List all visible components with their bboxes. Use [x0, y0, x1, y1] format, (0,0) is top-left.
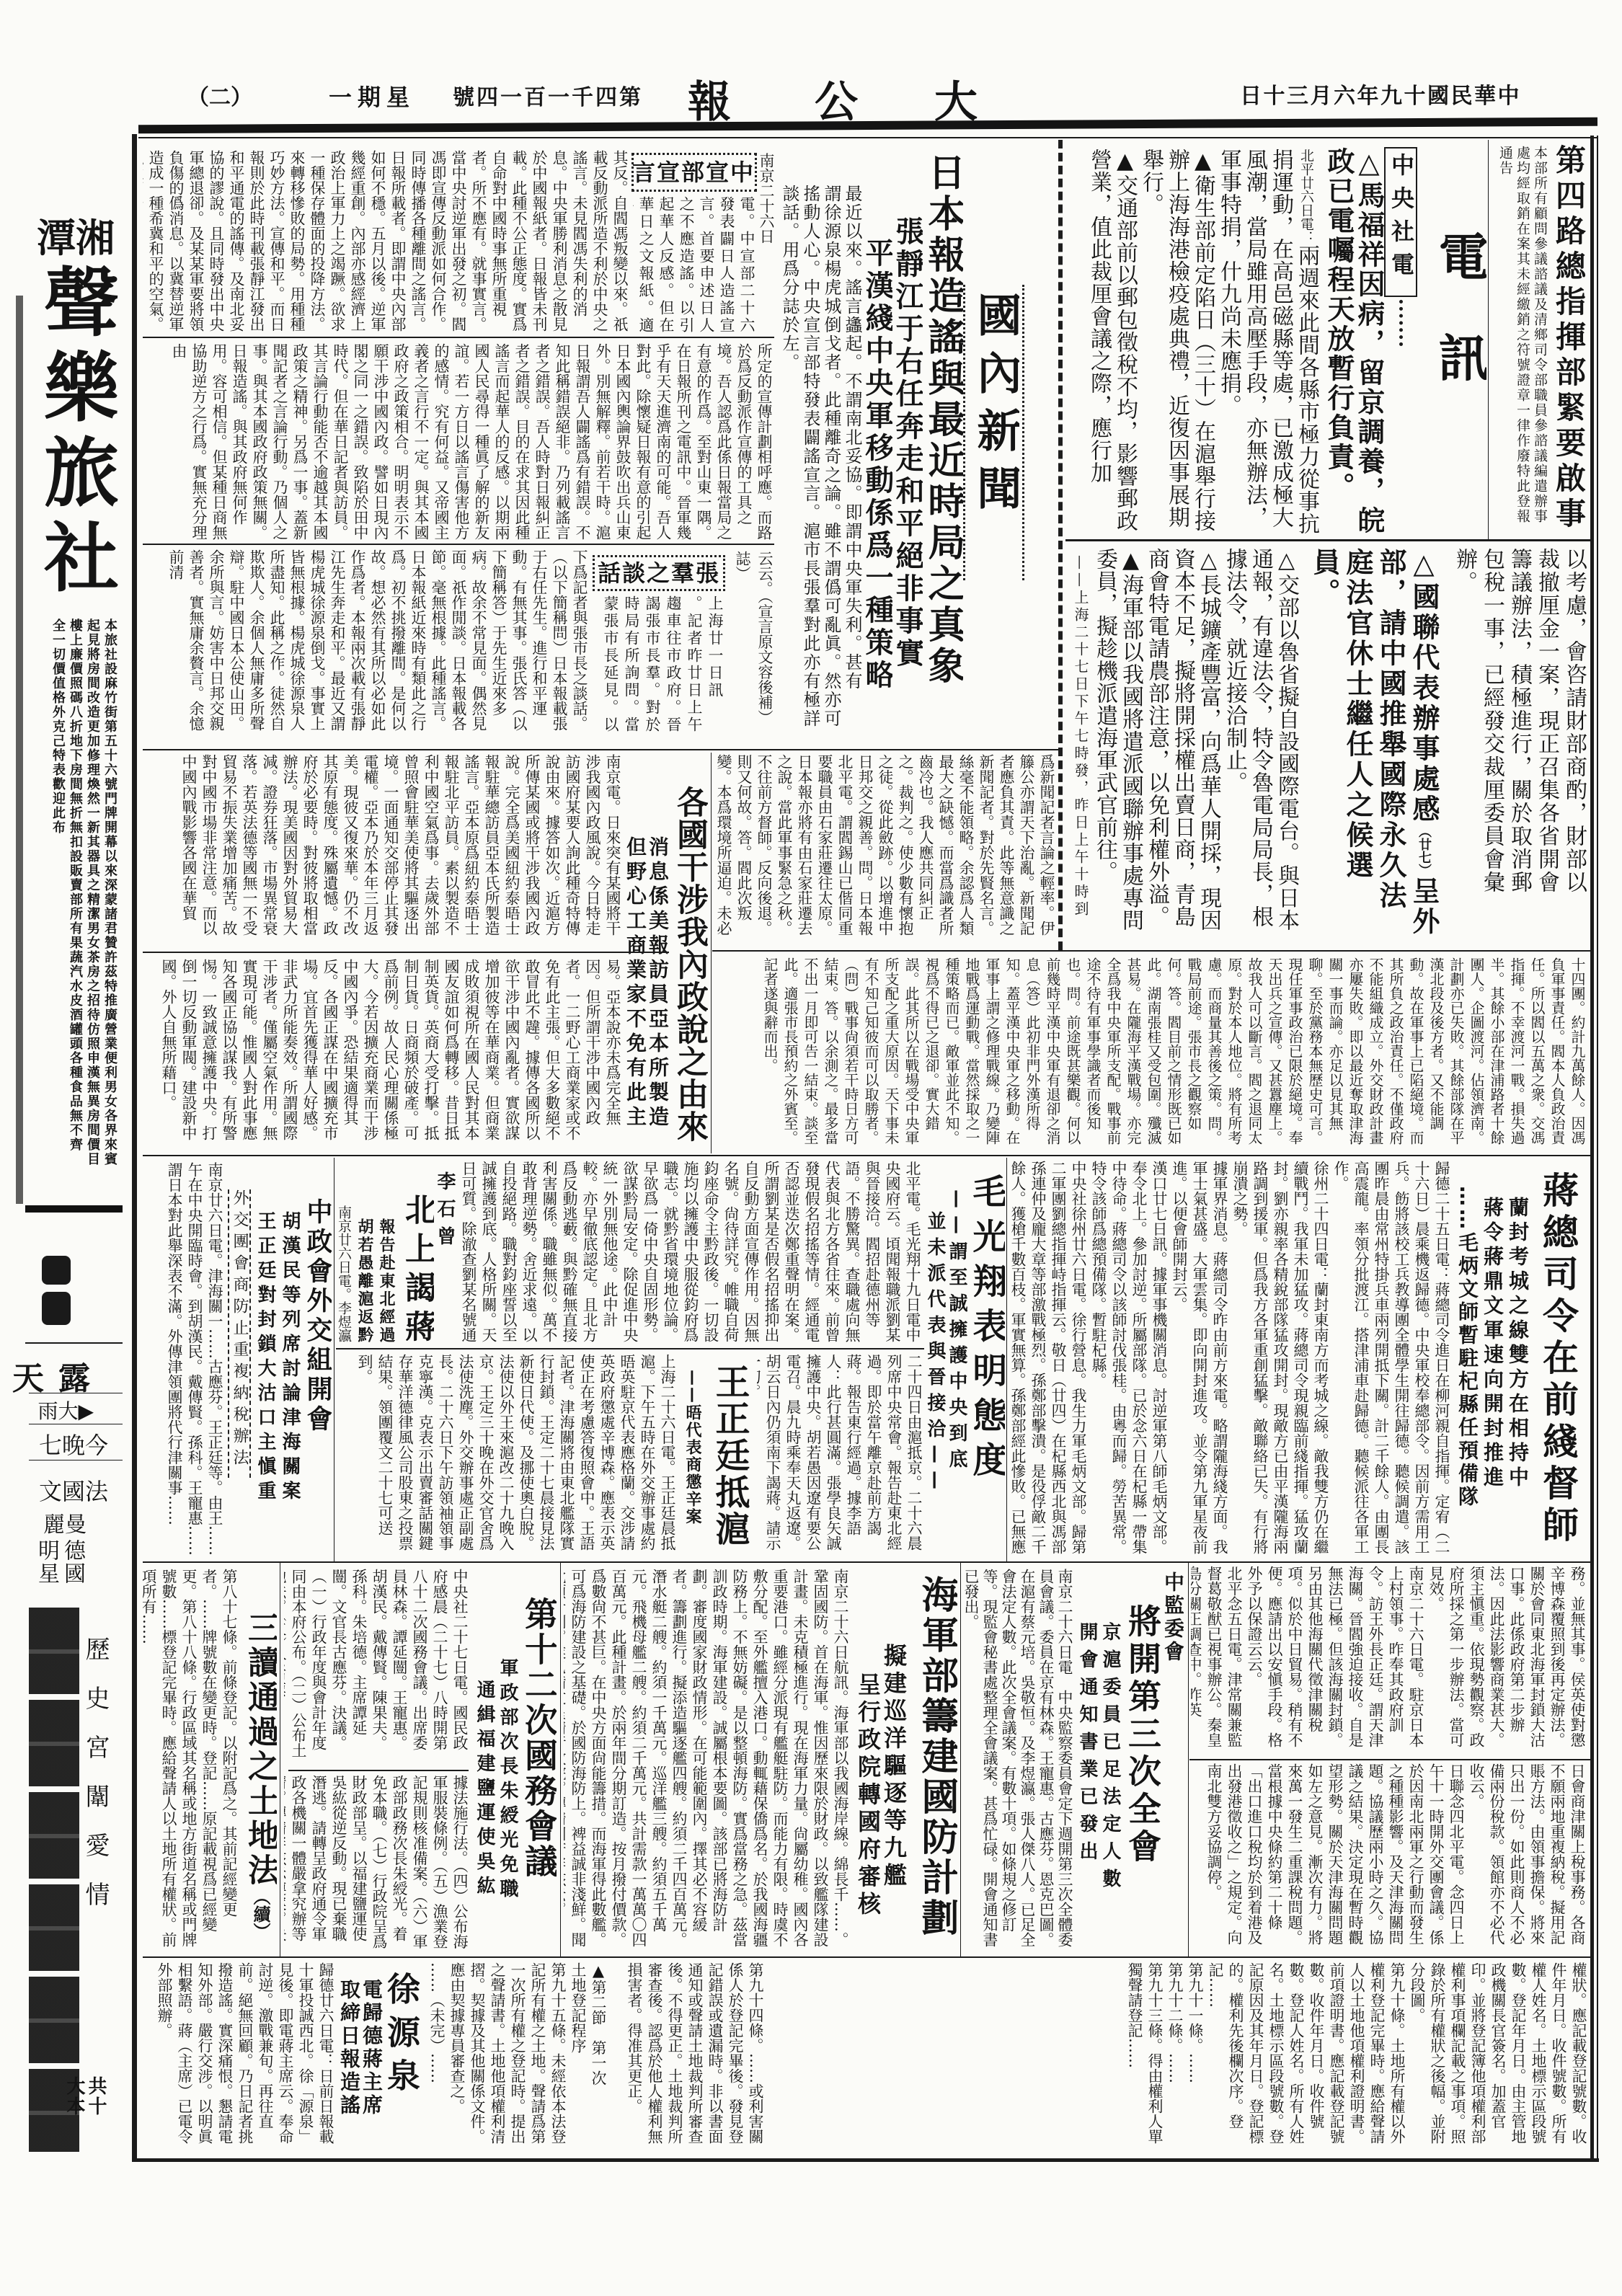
- column-divider: [560, 1563, 561, 1956]
- cinema-ad-divider: [29, 1393, 123, 1393]
- propaganda-statement-dateline: 南京二十六日: [757, 153, 776, 333]
- telegraph-body: 北平廿六日電：兩週來此間各縣市極力從事抗捐運動，在高邑磁縣等處，已激成極大風潮，…: [1065, 149, 1319, 536]
- masthead-page-number: （二）: [202, 79, 252, 111]
- row-divider: [143, 1155, 1590, 1156]
- chiang-front-subhead: 蔣令蔣鼎文軍速向開封推進: [1480, 1197, 1504, 1543]
- li-shizeng-body: 二十四日由滬抵京。二十六晨列席中央常會。報告赴東北經過。即於當午離京赴前方謁蔣。…: [757, 1354, 924, 1559]
- cinema-ad-actress: 曼麗: [36, 1507, 87, 1538]
- land-law-registration-section: ▲第二節 第一次 土地登記程序 第九十五條。未經依本法登記所有權之土地。聲請爲第…: [420, 1962, 608, 2157]
- li-shizeng-dateline: 南京廿六日電。李煜瀛: [336, 1205, 352, 1347]
- masthead-date: 中華民國十九年六月三十日: [1238, 78, 1521, 110]
- telegraph-brief: △長城鑛產豐富，向爲華人開採，現因資本不足，擬將開採權出賣日商，青島商會特電請農…: [1143, 548, 1221, 946]
- state-council-headline: 第十二次國務會議: [522, 1597, 557, 1918]
- masthead-title-char-bao: 報: [688, 68, 731, 130]
- row-divider: [143, 749, 1060, 750]
- navy-plan-subhead: 呈行政院轉國府審核: [855, 1672, 881, 1954]
- frame-left-border: [132, 134, 137, 2161]
- row-divider: [143, 1956, 1590, 1958]
- cinema-ad-top-bar: [25, 1205, 123, 1213]
- telegraph-brief: △交部以魯省擬自設國際電台。與日本通報，有違法令，特令魯電局局長，根據法令，就近…: [1221, 548, 1299, 946]
- land-law-headline: 三讀通過之土地法: [244, 1611, 277, 1888]
- cinema-logo-ornament: [42, 1292, 71, 1325]
- state-council-subhead: 軍政部次長朱綬光免職: [496, 1658, 519, 1946]
- customs-report-band-1: 務。並無其事。侯英使對懲辛博森覆照到後再定辦法。關於會同東北海軍封鎖大沽口事。此…: [1191, 1566, 1587, 1756]
- hotel-ad-name: 聲樂旅社: [25, 263, 125, 616]
- zhang-qun-talk-band-c: 下爲記者與張市長之談話。（以下簡稱問）日本報載張于右任先生。進行和平運動。有無其…: [143, 549, 590, 745]
- navy-plan-headline: 海軍部籌建國防計劃: [916, 1575, 957, 1950]
- foreign-interference-headline: 各國干涉我內政說之由來: [670, 786, 708, 1146]
- cinema-ad-genre: 歷史宮闈愛情: [81, 1636, 110, 1932]
- cinema-ad-divider: [29, 1424, 123, 1424]
- league-office-headline: △國聯代表辦事處感（廿七）呈外 部，請中國推舉國際永久法 庭法官休士繼任人之候選…: [1302, 548, 1440, 946]
- cce-plenum-body: 南京二十六日電 中央監察委員會定下週開第三次全體委員會議。委員在京有林森。王寵惠…: [963, 1569, 1074, 1952]
- lead-story-subhead: 張靜江于右任奔走和平絕非事實: [892, 216, 923, 685]
- column-divider: [711, 753, 712, 1153]
- mao-guangxiang-body: 北平電。毛光翔十九日電中央國府云。頃聞報職派劉某與晉接洽。閻招赴德州等語。不勝驚…: [461, 1161, 923, 1347]
- column-divider: [334, 1158, 334, 1561]
- li-shizeng-headline: 北上謁蔣: [401, 1193, 434, 1350]
- column-divider: [1188, 1563, 1189, 1956]
- foreign-interference-subhead: 但野心工商業家不免有此主張: [624, 836, 647, 1153]
- telegraph-item: 北平廿六日電：兩週來此間各縣市極力從事抗捐運動，在高邑磁縣等處，已激成極大風潮，…: [1215, 149, 1319, 536]
- hotel-ad-ink-edge: [16, 296, 23, 1204]
- domestic-news-title: 國內新聞: [970, 292, 1019, 530]
- state-council-body-bottom: 據法施行法。（四）公布海軍服裝條例。（五）漁業登記規則核准備案。（六）軍政部政務…: [284, 1775, 470, 1952]
- cpc-boxed-note: 外交團會商防止重複納稅辦法: [228, 1189, 251, 1478]
- li-shizeng-subhead: 報告赴東北經過: [375, 1218, 396, 1348]
- masthead-thick-rule: [138, 118, 1597, 134]
- cce-plenum-subhead: 開會通知書業已發出: [1076, 1622, 1099, 1910]
- chiang-front-subhead: ……毛炳文師暫駐杞縣任預備隊: [1455, 1186, 1479, 1546]
- li-shizeng-name: 李石曾: [434, 1171, 456, 1262]
- zhang-qun-talk-continued-2: 十四團。約計九萬餘人。因馮負軍事責任。閻本人負政治責任。所以閻以五萬之衆。交馮指…: [714, 957, 1587, 1153]
- land-law-continued-mark: （續）: [250, 1888, 270, 1940]
- navy-plan-body: 南京二十六日航訊。海軍部以我國海岸線。綿長千……。鞏固國防。首在海軍。惟因歷來限…: [564, 1569, 851, 1952]
- land-law-headline-group: 三讀通過之土地法（續）: [244, 1611, 277, 1950]
- telegraph-continued-text: 以考慮，會咨請財部商酌，財部以 裁撤厘金一案，現正召集各省開會 籌議辦法，積極進…: [1442, 548, 1587, 946]
- band-divider: [143, 952, 669, 953]
- navy-plan-subhead: 擬建巡洋驅逐等九艦: [881, 1644, 907, 1946]
- frame-right-border-thin: [1597, 136, 1598, 2160]
- telegraph-brief: ▲海軍部以我國將遣派國聯辦事處專問委員，擬趁機派遣海軍武官前往。: [1093, 548, 1143, 946]
- agency-label-box: 中央社電: [1384, 147, 1417, 297]
- telegraph-divider: [1065, 539, 1590, 541]
- frame-right-border: [1590, 136, 1594, 2160]
- masthead-weekday: 星期一: [329, 79, 415, 112]
- cpc-subhead: 胡漢民等列席討論津海關案: [278, 1211, 301, 1514]
- section-divider-dashed: [1058, 140, 1063, 950]
- wang-zhengting-subhead: ——晤代表商懲辛案——: [681, 1370, 702, 1556]
- li-shizeng-subhead: 胡若愚離滬返黔: [353, 1218, 375, 1348]
- mao-guangxiang-headline: 毛光翔表明態度: [969, 1174, 1005, 1498]
- telegraph-briefs: △交部以魯省擬自設國際電台。與日本通報，有違法令，特令魯電局局長，根據法令，就近…: [1093, 548, 1299, 946]
- cinema-ad-venue: 露天: [25, 1352, 105, 1399]
- frame-bottom-border: [132, 2158, 1599, 2162]
- inner-divider: [288, 1770, 469, 1771]
- agency-label-dots: [1399, 300, 1403, 346]
- zhang-qun-talk-title-box: 張羣之談話: [593, 555, 725, 591]
- cinema-ad-divider: [29, 1460, 123, 1461]
- wang-zhengting-headline: 王正廷抵滬: [709, 1364, 750, 1559]
- cinema-ad-star-label: 德國明星: [33, 1539, 85, 1590]
- state-council-subhead: 通緝福建鹽運使吳紘: [473, 1680, 496, 1954]
- cinema-ad-showtime: 今晚七: [29, 1427, 108, 1461]
- cpc-headline: 中政會外交組開會: [303, 1198, 332, 1437]
- title-border-left: [963, 285, 965, 580]
- zhang-qun-talk-title: 張羣之談話: [595, 557, 723, 589]
- cce-plenum-subhead: 京滬委員已足法定人數: [1099, 1622, 1122, 1910]
- propaganda-statement-title: 中宣部宣言: [634, 155, 755, 190]
- propaganda-statement-title-box: 中宣部宣言: [631, 153, 757, 192]
- foreign-interference-band-1: 南京電。日來突有某國將干涉我國內政風說。今日特走訪國府某要人詢此種奇特傳說由來。…: [143, 754, 623, 949]
- band-divider: [1189, 1759, 1590, 1760]
- column-divider: [1006, 1158, 1007, 1561]
- telegraph-item: ▲交通部前以郵包徵稅不均，影響郵政營業，值此裁厘會議之際，應行加: [1086, 149, 1138, 536]
- telegraph-item: ▲衛生部前定陷日（三十）在滬舉行接辦上海海港檢疫處典禮，近復因事展期舉行。: [1138, 149, 1215, 536]
- band-divider: [712, 950, 1590, 952]
- cpc-body: 南京廿六日電。津海關一……古應芬。王正廷等。由王……午在中央開臨時會。到胡漢民。…: [143, 1162, 225, 1559]
- cpc-subhead: 王正廷對封鎖大沽口主愼重: [254, 1211, 277, 1514]
- propaganda-statement-band-b: 所定的宣傳計劃相呼應。而路於爲反動派作宣傳的工具之境。吾人認爲此係日報當局之有意…: [143, 343, 774, 541]
- mao-guangxiang-subhead: ——謂至誠擁護中央到底: [946, 1189, 967, 1507]
- xu-yuanquan-body: 歸德廿六日電：日前日報載十軍投誠西北。徐「源泉」見後。即電蔣主席云。奉命討逆。激…: [143, 1962, 336, 2157]
- hotel-ad-city: 湘潭: [29, 208, 123, 263]
- chiang-front-headline: 蔣總司令在前綫督師: [1537, 1171, 1579, 1553]
- masthead-thin-rule: [138, 137, 1597, 138]
- wang-zhengting-body: 上海二十六日電。王正廷晨抵滬。下午五時在外交辦事處約晤英駐京代表應格蘭。交涉請英…: [339, 1354, 678, 1559]
- cinema-ad-notice: ▶大雨: [29, 1396, 94, 1424]
- zhang-qun-talk-continued-1: 爲新聞記者言論之輕率。伊籐公亦謂天下治亂。新聞記者應負其責。此等無意識之新聞記者…: [714, 754, 1057, 949]
- band-divider: [336, 1348, 924, 1349]
- telegraph-dateline: 北平廿六日電：: [1298, 149, 1314, 244]
- league-headline-date: （廿七）: [1417, 825, 1432, 877]
- notice-ad-body: 本部所有顧問參議諮議及清鄉司令部職員參諮議編遣辦事 處均經取銷在案其未經繳銷之符…: [1495, 146, 1548, 536]
- band-divider: [143, 544, 774, 545]
- cce-plenum-headline: 將開第三次全會: [1125, 1604, 1161, 1872]
- cinema-logo-ornament: [42, 1256, 71, 1285]
- cce-plenum-label: 中監委會: [1162, 1572, 1184, 1667]
- hotel-ad-body: 本旅社設麻竹街第五十六號門牌開幕以來深蒙諸君贊許茲特推廣營業便利男女各界來賓 起…: [48, 619, 118, 1217]
- column-divider: [960, 1563, 961, 1956]
- land-law-body: 第八十七條。前條登記。以附記爲之。其前記經變更者。……牌號數在變更時。登記……原…: [143, 1569, 239, 1952]
- propaganda-statement-lead: 電。中宣部二十六 發表闢日人造謠宣 言。首要申述日人 之不應造謠。以引 起華人反…: [633, 196, 757, 336]
- land-law-continuation-left: 第九十四條。……或利害關係人於登記完畢後。發見登記錯誤或遺漏時。非以書面通知或聲…: [610, 1962, 766, 2157]
- foreign-interference-subhead: 消息係美報訪員亞本所製造: [647, 836, 669, 1139]
- lead-story-headline: 日本報造謠與最近時局之真象: [923, 153, 963, 701]
- masthead-issue-number: 第四千一百一四號: [451, 79, 643, 111]
- land-law-continuation-right: 權狀。應記載登記號數。收件年月日。收件號數。所有權人姓名。土地標示區段號數。登記…: [767, 1962, 1589, 2157]
- league-headline-pre: △國聯代表辦事處感: [1408, 548, 1440, 825]
- cinema-ad-reels: 共十大本: [62, 2076, 107, 2119]
- chiang-front-body: 歸德二十五日電：蔣總司令進日在柳河親自指揮。定宥（二十六日）晨乘機返歸德。中央軍…: [1009, 1161, 1452, 1559]
- notice-ad-title: 第四路總指揮部緊要啟事: [1550, 144, 1586, 537]
- notice-ad-divider: [1488, 140, 1489, 541]
- foreign-interference-band-2: 易。亞本說亦未爲完全無因。但所謂干涉中國內政者。一二野心工商業家或不免有此主張。…: [143, 959, 623, 1153]
- title-border-right: [1022, 285, 1024, 580]
- band-divider: [143, 337, 774, 338]
- chiang-front-subhead: 蘭封考城之線雙方在相持中: [1505, 1197, 1530, 1543]
- xu-yuanquan-headline: 徐源泉: [384, 1972, 420, 2116]
- film-title-graphic: [29, 1608, 79, 2152]
- telegraph-sign-off: ——上海二十七日下午七時發，昨日上午十時到——: [1070, 555, 1090, 948]
- telegraph-headline: △馬福祥因病，留京調養，皖 政已電囑程天放暫行負責。: [1324, 147, 1384, 536]
- xu-yuanquan-subhead: 電歸德蔣主席: [360, 1979, 383, 2130]
- masthead-title-char-gong: 公: [815, 68, 858, 130]
- lead-story-body: 最近以來。謠言蠭起。不謂南北妥協。即謂中央軍失利。甚有 謂徐源泉楊虎城倒戈者。此…: [777, 185, 862, 748]
- cinema-ad-origin: 法國文: [29, 1473, 108, 1507]
- telegraph-section-title: 電訊: [1433, 231, 1486, 447]
- row-divider: [143, 1561, 1590, 1563]
- xu-yuanquan-subhead: 取締日報造謠: [338, 1979, 360, 2130]
- zhang-qun-talk-intro: 上海廿一日訊 。記者昨廿日上午 趨車往市政府。晉 謁張市長羣。對於 時局有所詢問…: [593, 595, 725, 745]
- lead-story-subhead: 平漢綫中央軍移動係爲一種策略: [862, 238, 892, 699]
- state-council-body-top: 中央社二十七日電。國民政府感晨（二十七）八時開第八十二次國務會議。出席委員林森。…: [284, 1569, 470, 1765]
- propaganda-statement-closing: 云云。（宣言原文容後補）: [755, 551, 774, 745]
- propaganda-statement-closing-mark: 誌）: [732, 551, 753, 594]
- mao-guangxiang-subhead: 並未派代表與晉接洽——: [924, 1211, 946, 1528]
- propaganda-statement-band-a: 其反。自閻馮叛變以來。祇載反動派所造不利於中央之謠言。未見閻馮失利的消息。中央軍…: [143, 150, 630, 334]
- column-divider: [280, 1563, 280, 1956]
- cinema-ad-divider: [25, 1342, 123, 1344]
- customs-report-band-2: 日會商津關上稅事務。各商不願兩地重複納稅。擬用記賬方法。由領事擔保。將來只出一份…: [1191, 1763, 1587, 1954]
